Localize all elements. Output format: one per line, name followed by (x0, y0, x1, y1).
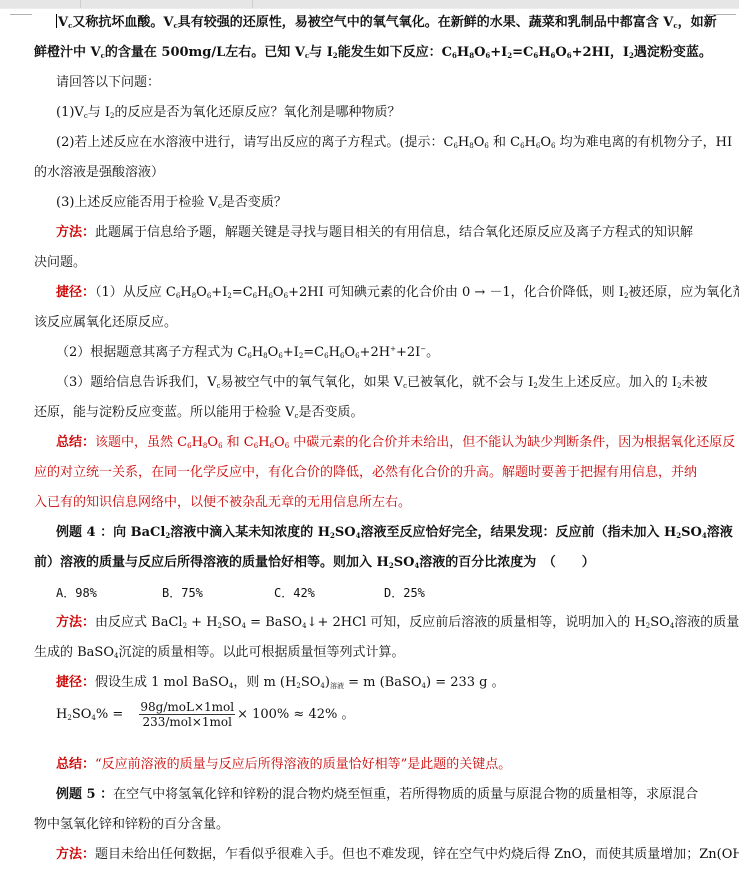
question-1: (1)Vc与 I2的反应是否为氧化还原反应？氧化剂是哪种物质？ (56, 104, 401, 122)
text-run: 是否变质。 (298, 405, 363, 420)
text-run: % = (96, 707, 123, 722)
text-run: +I (283, 345, 299, 360)
text-run: H (525, 135, 536, 150)
option-a: A．98% (56, 584, 162, 602)
text-run: （2）根据题意其离子方程式为 C (56, 345, 247, 360)
text-run: 的反应是否为氧化还原反应？氧化剂是哪种物质？ (114, 105, 400, 120)
toolbar-separator (252, 0, 253, 8)
example-4-line-1: 例题 4 ：向 BaCl2溶液中滴入某未知浓度的 H2SO4溶液至反应恰好完全，… (56, 524, 733, 542)
text-run: H (458, 135, 469, 150)
shortcut-1-line-2: 该反应属氧化还原反应。 (34, 314, 177, 332)
text-run: = BaSO (246, 615, 302, 630)
summary-2: 总结：“反应前溶液的质量与反应后所得溶液的质量恰好相等”是此题的关键点。 (56, 756, 511, 774)
paragraph-intro-line-1: Vc又称抗坏血酸。Vc具有较强的还原性，易被空气中的氧气氧化。在新鲜的水果、蔬菜… (56, 14, 717, 32)
text-run: O (207, 435, 218, 450)
text-run: ，如新 (678, 15, 717, 30)
summary-label: 总结： (56, 757, 95, 772)
text-run: 发生上述反应。加入的 I (538, 375, 677, 390)
text-run: 沉淀的质量相等。以此可根据质量恒等列式计算。 (118, 645, 404, 660)
text-run: H (192, 435, 203, 450)
text-run: V (58, 15, 68, 30)
left-margin-mark (10, 14, 32, 15)
text-run: 与 I (309, 45, 333, 60)
method-2-line-1: 方法：由反应式 BaCl2 + H2SO4 = BaSO4↓+ 2HCl 可知，… (56, 614, 739, 632)
text-run: SO (394, 555, 415, 570)
text-run: H (252, 345, 263, 360)
shortcut-1-line-4: （3）题给信息告诉我们，Vc易被空气中的氧气氧化，如果 Vc已被氧化，就不会与 … (56, 374, 708, 392)
fraction-denominator: 233/mol×1mol (139, 715, 235, 729)
text-run: 。 (426, 345, 439, 360)
text-run: (1)V (56, 105, 84, 120)
text-run: 具有较强的还原性，易被空气中的氧气氧化。在新鲜的水果、蔬菜和乳制品中都富含 V (178, 15, 674, 30)
subscript: 溶液 (330, 682, 344, 690)
summary-1-line-1: 总结：该题中，虽然 C6H8O6 和 C6H6O6 中碳元素的化合价并未给出，但… (56, 434, 735, 452)
example-label: 例题 5 ： (56, 787, 113, 802)
text-run: 是否变质？ (222, 195, 287, 210)
text-run: =C (303, 345, 324, 360)
text-run: + H (187, 615, 218, 630)
text-run: 遇淀粉变蓝。 (634, 45, 712, 60)
text-run: O (474, 135, 485, 150)
shortcut-2-line-1: 捷径：假设生成 1 mol BaSO4，则 m (H2SO4)溶液 = m (B… (56, 674, 505, 692)
paragraph-intro-line-2: 鲜橙汁中 Vc的含量在 500mg/L左右。已知 Vc与 I2能发生如下反应：C… (34, 44, 712, 62)
text-run: 溶液 (707, 525, 733, 540)
text-run: = m (BaSO (344, 675, 422, 690)
text-run: 生成的 BaSO (34, 645, 114, 660)
question-intro: 请回答以下问题： (56, 74, 160, 92)
option-c: C．42% (274, 584, 384, 602)
toolbar-separator (80, 0, 81, 8)
fraction: 98g/moL×1mol233/mol×1mol (139, 700, 235, 729)
text-run: 溶液至反应恰好完全，结果发现：反应前（指未加入 H (360, 525, 676, 540)
text-run: O (344, 345, 355, 360)
shortcut-2-formula: H2SO4% = 98g/moL×1mol233/mol×1mol× 100% … (56, 698, 354, 732)
text-run: ) = 233 g 。 (426, 675, 505, 690)
method-1-line-1: 方法：此题属于信息给予题，解题关键是寻找与题目相关的有用信息，结合氧化还原反应及… (56, 224, 693, 242)
method-2-line-2: 生成的 BaSO4沉淀的质量相等。以此可根据质量恒等列式计算。 (34, 644, 404, 662)
text-run: O (273, 285, 284, 300)
text-run: +2HI 可知碘元素的化合价由 0 → －1，化合价降低，则 I (288, 285, 624, 300)
text-run: H (257, 285, 268, 300)
text-run: +I (490, 45, 507, 60)
text-run: +2H (360, 345, 391, 360)
text-run: =C (232, 285, 253, 300)
text-run: H (56, 707, 67, 722)
text-run: +2HI，I (572, 45, 629, 60)
fraction-numerator: 98g/moL×1mol (139, 700, 235, 715)
text-run: H (180, 285, 191, 300)
example-5-line-2: 物中氢氧化锌和锌粉的百分含量。 (34, 816, 229, 834)
text-run: 题目未给出任何数据，乍看似乎很难入手。但也不难发现，锌在空气中灼烧后得 ZnO，… (95, 847, 739, 862)
text-run: H (329, 345, 340, 360)
question-2-line-2: 的水溶液是强酸溶液） (34, 164, 164, 182)
summary-label: 总结： (56, 435, 95, 450)
text-run: O (555, 45, 566, 60)
text-run: O (196, 285, 207, 300)
text-cursor (56, 14, 57, 28)
method-label: 方法： (56, 615, 95, 630)
summary-1-line-3: 入已有的知识信息网络中，以便不被杂乱无章的无用信息所左右。 (34, 494, 411, 512)
text-run: 又称抗坏血酸。V (72, 15, 173, 30)
text-run: (2)若上述反应在水溶液中进行，请写出反应的离子方程式。(提示：C (56, 135, 453, 150)
text-run: H (258, 435, 269, 450)
text-run: ，则 m (H (233, 675, 296, 690)
text-run: =C (512, 45, 533, 60)
method-3-line-1: 方法：题目未给出任何数据，乍看似乎很难入手。但也不难发现，锌在空气中灼烧后得 Z… (56, 846, 739, 864)
example-5-line-1: 例题 5 ：在空气中将氢氧化锌和锌粉的混合物灼烧至恒重，若所得物质的质量与原混合… (56, 786, 698, 804)
text-run: SO (335, 525, 356, 540)
text-run: O (274, 435, 285, 450)
example-4-options: A．98%B．75%C．42%D．25% (56, 584, 425, 602)
text-run: 溶液的百分比浓度为 （ ） (419, 555, 595, 570)
text-run: （3）题给信息告诉我们，V (56, 375, 217, 390)
shortcut-1-line-1: 捷径：（1）从反应 C6H8O6+I2=C6H6O6+2HI 可知碘元素的化合价… (56, 284, 739, 302)
text-run: +2I (396, 345, 420, 360)
method-label: 方法： (56, 225, 95, 240)
summary-1-line-2: 应的对立统一关系，在同一化学反应中，有化合价的降低，必然有化合价的升高。解题时要… (34, 464, 697, 482)
text-run: H (538, 45, 550, 60)
question-2-line-1: (2)若上述反应在水溶液中进行，请写出反应的离子方程式。(提示：C6H8O6 和… (56, 134, 732, 152)
text-run: SO (681, 525, 702, 540)
shortcut-1-line-3: （2）根据题意其离子方程式为 C6H8O6+I2=C6H6O6+2H++2I−。 (56, 344, 439, 362)
example-4-line-2: 前）溶液的质量与反应后所得溶液的质量恰好相等。则加入 H2SO4溶液的百分比浓度… (34, 554, 595, 572)
text-run: 此题属于信息给予题，解题关键是寻找与题目相关的有用信息，结合氧化还原反应及离子方… (95, 225, 693, 240)
text-run: ↓+ 2HCl 可知，反应前后溶液的质量相等，说明加入的 H (307, 615, 646, 630)
text-run: 鲜橙汁中 V (34, 45, 101, 60)
text-run: （1）从反应 C (95, 285, 176, 300)
text-run: SO (301, 675, 321, 690)
text-run: 由反应式 BaCl (95, 615, 183, 630)
shortcut-1-line-5: 还原，能与淀粉反应变蓝。所以能用于检验 Vc是否变质。 (34, 404, 363, 422)
text-run: 未被 (682, 375, 708, 390)
method-1-line-2: 决问题。 (34, 254, 86, 272)
text-run: 还原，能与淀粉反应变蓝。所以能用于检验 V (34, 405, 295, 420)
text-run: +I (211, 285, 227, 300)
text-run: 假设生成 1 mol BaSO (95, 675, 229, 690)
text-run: 已被氧化，就不会与 I (407, 375, 533, 390)
text-run: H (457, 45, 469, 60)
question-3: (3)上述反应能否用于检验 Vc是否变质？ (56, 194, 287, 212)
text-run: 和 C (489, 135, 520, 150)
toolbar-strip (0, 0, 739, 9)
text-run: SO (222, 615, 242, 630)
text-run: 与 I (88, 105, 110, 120)
text-run: O (540, 135, 551, 150)
option-b: B．75% (162, 584, 274, 602)
shortcut-label: 捷径： (56, 675, 95, 690)
text-run: SO (72, 707, 92, 722)
text-run: 的含量在 500mg/L左右。已知 V (105, 45, 305, 60)
option-d: D．25% (384, 584, 425, 602)
text-run: 该题中，虽然 C (95, 435, 187, 450)
method-label: 方法： (56, 847, 95, 862)
text-run: O (474, 45, 485, 60)
text-run: 被还原，应为氧化剂， (628, 285, 739, 300)
text-run: 和 C (223, 435, 254, 450)
shortcut-label: 捷径： (56, 285, 95, 300)
text-run: SO (650, 615, 670, 630)
text-run: 中碳元素的化合价并未给出，但不能认为缺少判断条件，因为根据氧化还原反 (289, 435, 735, 450)
text-run: 在空气中将氢氧化锌和锌粉的混合物灼烧至恒重，若所得物质的质量与原混合物的质量相等… (113, 787, 698, 802)
text-run: 溶液的质量与 (674, 615, 739, 630)
text-run: 能发生如下反应：C (338, 45, 452, 60)
text-run: O (268, 345, 279, 360)
text-run: 均为难电离的有机物分子，HI (556, 135, 733, 150)
text-run: 溶液中滴入某未知浓度的 H (170, 525, 330, 540)
text-run: × 100% ≈ 42% 。 (237, 707, 354, 722)
text-run: 例题 4 ：向 BaCl (56, 525, 165, 540)
text-run: 易被空气中的氧气氧化，如果 V (221, 375, 404, 390)
text-run: “反应前溶液的质量与反应后所得溶液的质量恰好相等”是此题的关键点。 (95, 757, 511, 772)
text-run: 前）溶液的质量与反应后所得溶液的质量恰好相等。则加入 H (34, 555, 389, 570)
text-run: (3)上述反应能否用于检验 V (56, 195, 218, 210)
